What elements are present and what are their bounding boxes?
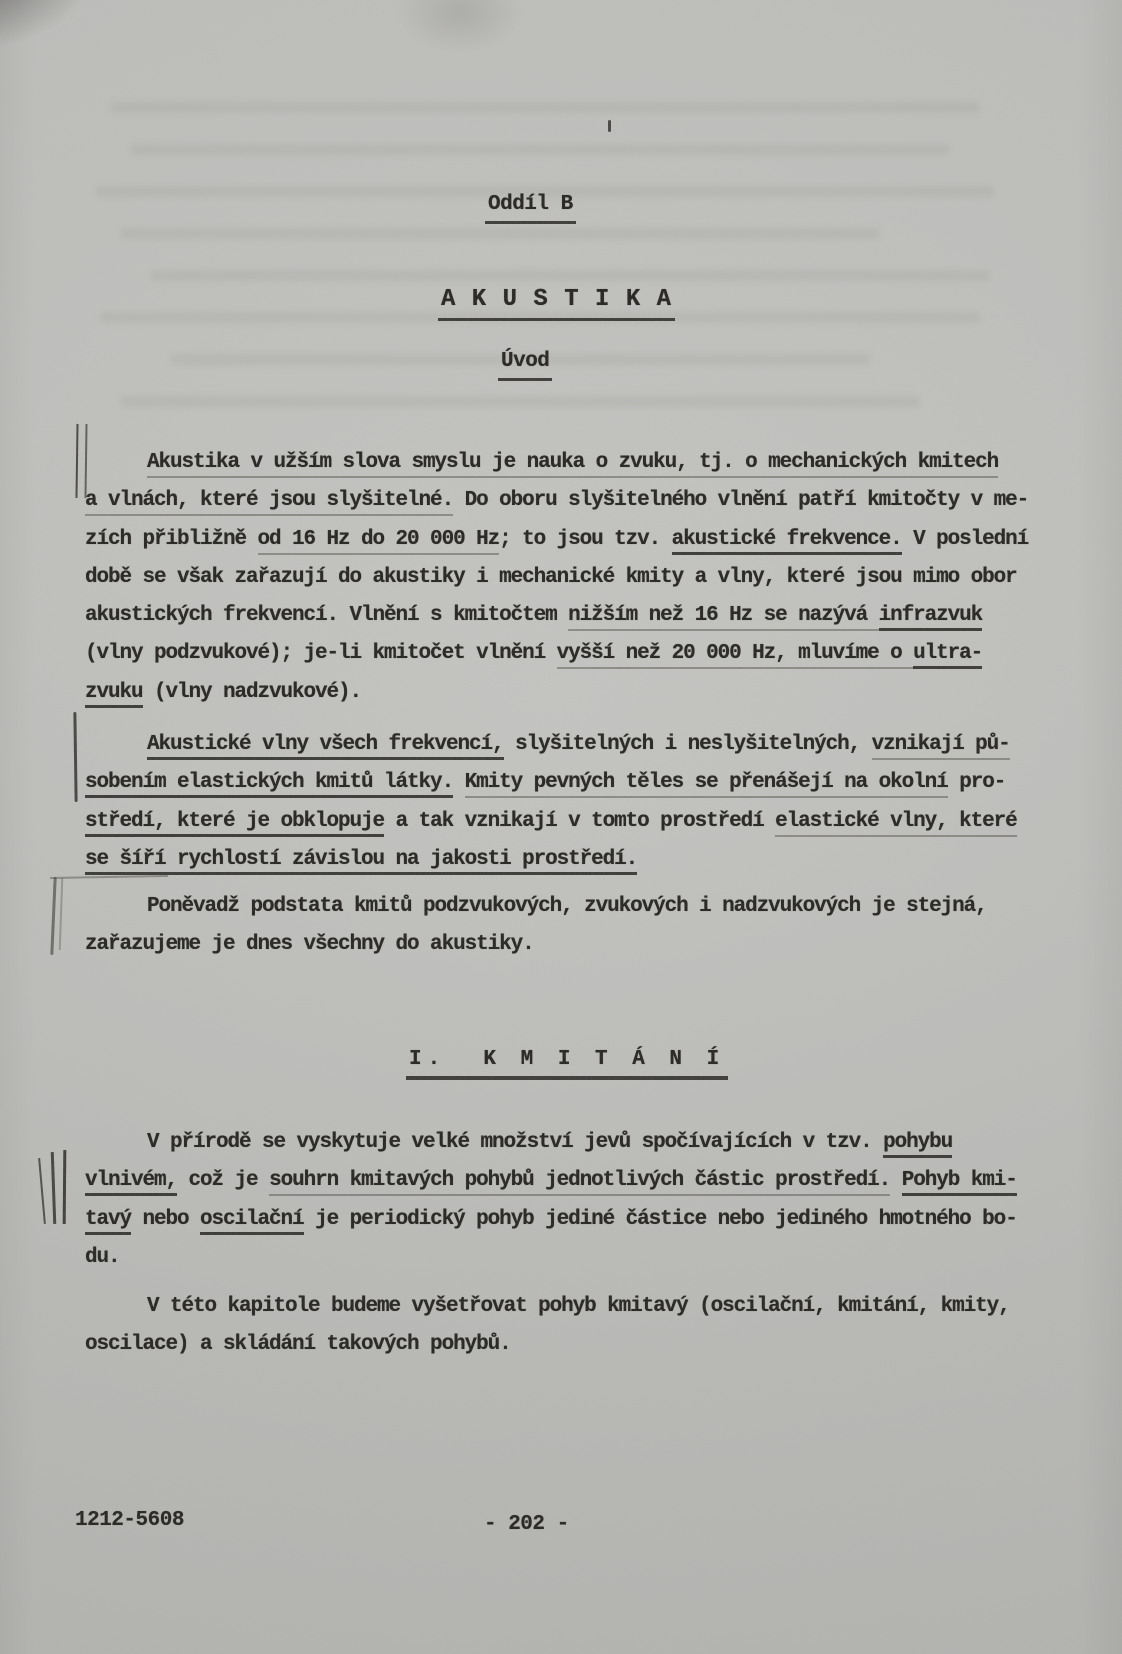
text-line: zařazujeme je dnes všechny do akustiky.: [85, 926, 987, 964]
paragraph-intro-1: Akustika v užším slova smyslu je nauka o…: [85, 444, 1028, 712]
plain-text: zařazujeme je dnes všechny do akustiky.: [85, 933, 534, 956]
plain-text: Poněvadž podstata kmitů podzvukových, zv…: [147, 895, 987, 918]
text-line: V této kapitole budeme vyšetřovat pohyb …: [85, 1288, 1010, 1326]
plain-text: zích přibližně: [85, 528, 258, 551]
typed-underlined-text: infrazvuk: [879, 604, 983, 631]
scanned-document-page: { "document": { "section_label": "Oddíl …: [0, 0, 1122, 1654]
paragraph-intro-3: Poněvadž podstata kmitů podzvukových, zv…: [85, 888, 987, 965]
paragraph-kmitani-1: V přírodě se vyskytuje velké množství je…: [85, 1124, 1017, 1277]
plain-text: (vlny nadzvukové).: [143, 681, 362, 704]
plain-text: (vlny podzvukové); je-li kmitočet vlnění: [85, 642, 557, 665]
typed-underlined-text: ultra-: [913, 642, 982, 669]
typed-underlined-text: Pohyb kmi-: [902, 1169, 1017, 1196]
plain-text: a tak vznikají v tomto prostředí: [384, 810, 775, 833]
text-line: oscilace) a skládání takových pohybů.: [85, 1326, 1010, 1364]
text-line: době se však zařazují do akustiky i mech…: [85, 559, 1028, 597]
text-line: du.: [85, 1239, 1017, 1277]
typed-underlined-text: zvuku: [85, 681, 143, 708]
document-number: 1212-5608: [75, 1510, 184, 1531]
typed-underlined-text: sobením elastických kmitů látky.: [85, 771, 453, 798]
text-line: zích přibližně od 16 Hz do 20 000 Hz; to…: [85, 521, 1028, 559]
typed-underlined-text: se šíří rychlostí závislou na jakosti pr…: [85, 848, 637, 875]
plain-text: V této kapitole budeme vyšetřovat pohyb …: [147, 1295, 1010, 1318]
typed-underlined-text: pohybu: [883, 1131, 952, 1158]
text-line: akustických frekvencí. Vlnění s kmitočte…: [85, 597, 1028, 635]
plain-text: slyšitelných i neslyšitelných,: [504, 733, 872, 756]
page-number: - 202 -: [484, 1514, 569, 1535]
text-line: sobením elastických kmitů látky. Kmity p…: [85, 764, 1017, 802]
text-line: a vlnách, které jsou slyšitelné. Do obor…: [85, 482, 1028, 520]
paragraph-kmitani-2: V této kapitole budeme vyšetřovat pohyb …: [85, 1288, 1010, 1365]
plain-text: což je: [177, 1169, 269, 1192]
typed-underlined-text: vlnivém,: [85, 1169, 177, 1196]
chapter-heading-kmitani: I. K M I T Á N Í: [406, 1049, 728, 1080]
pencil-underlined-text: vyšší než 20 000 Hz, mluvíme o: [557, 642, 914, 669]
plain-text: V přírodě se vyskytuje velké množství je…: [147, 1131, 883, 1154]
plain-text: pro-: [948, 771, 1006, 794]
plain-text: [890, 1169, 902, 1192]
section-label: Oddíl B: [485, 194, 576, 224]
page-title: A K U S T I K A: [438, 288, 675, 321]
pencil-underlined-text: Akustika v užším slova smyslu je nauka o…: [147, 451, 998, 478]
text-line: Akustické vlny všech frekvencí, slyšitel…: [85, 726, 1017, 764]
text-line: se šíří rychlostí závislou na jakosti pr…: [85, 841, 1017, 879]
plain-text: nebo: [131, 1208, 200, 1231]
pencil-underlined-text: od 16 Hz do 20 000 Hz: [258, 528, 500, 555]
paragraph-intro-2: Akustické vlny všech frekvencí, slyšitel…: [85, 726, 1017, 879]
text-line: (vlny podzvukové); je-li kmitočet vlnění…: [85, 635, 1028, 673]
pencil-underlined-text: Kmity pevných těles se přenášejí na okol…: [465, 771, 948, 798]
text-line: tavý nebo oscilační je periodický pohyb …: [85, 1201, 1017, 1239]
plain-text: V poslední: [902, 528, 1029, 551]
plain-text: Do oboru slyšitelného vlnění patří kmito…: [453, 489, 1028, 512]
pencil-underlined-text: elastické vlny, které: [775, 810, 1017, 837]
plain-text: je periodický pohyb jediné částice nebo …: [304, 1208, 1017, 1231]
plain-text: oscilace) a skládání takových pohybů.: [85, 1333, 511, 1356]
typed-underlined-text: akustické frekvence.: [672, 528, 902, 555]
pencil-underlined-text: a vlnách, které jsou slyšitelné.: [85, 489, 453, 516]
text-line: V přírodě se vyskytuje velké množství je…: [85, 1124, 1017, 1162]
typed-underlined-text: Akustické vlny všech frekvencí,: [147, 733, 504, 760]
text-line: středí, které je obklopuje a tak vznikaj…: [85, 803, 1017, 841]
pencil-underlined-text: nižším než 16 Hz se nazývá: [568, 604, 879, 631]
text-line: zvuku (vlny nadzvukové).: [85, 674, 1028, 712]
pencil-underlined-text: souhrn kmitavých pohybů jednotlivých čás…: [269, 1169, 890, 1196]
typed-underlined-text: oscilační: [200, 1208, 304, 1235]
typed-underlined-text: tavý: [85, 1208, 131, 1235]
plain-text: [453, 771, 465, 794]
plain-text: du.: [85, 1246, 120, 1269]
plain-text: akustických frekvencí. Vlnění s kmitočte…: [85, 604, 568, 627]
subtitle-uvod: Úvod: [498, 351, 552, 381]
typed-underlined-text: středí, které je obklopuje: [85, 810, 384, 837]
text-line: Poněvadž podstata kmitů podzvukových, zv…: [85, 888, 987, 926]
text-line: Akustika v užším slova smyslu je nauka o…: [85, 444, 1028, 482]
pencil-underlined-text: vznikají pů-: [872, 733, 1010, 760]
plain-text: ; to jsou tzv.: [499, 528, 672, 551]
text-line: vlnivém, což je souhrn kmitavých pohybů …: [85, 1162, 1017, 1200]
plain-text: době se však zařazují do akustiky i mech…: [85, 566, 1017, 589]
